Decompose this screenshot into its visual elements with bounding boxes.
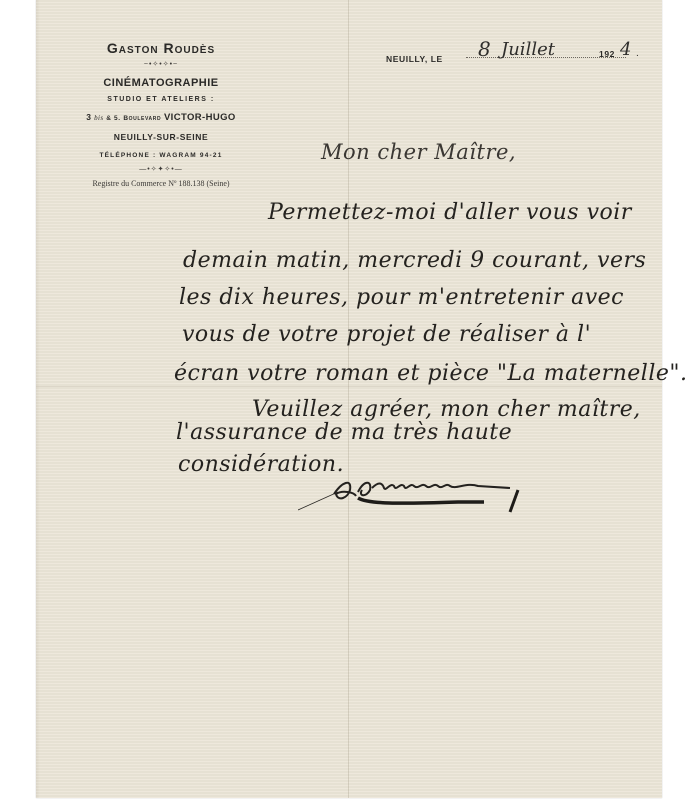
dateline-label: NEUILLY, LE xyxy=(386,54,443,64)
salutation: Mon cher Maître, xyxy=(321,140,516,164)
letter-line: demain matin, mercredi 9 courant, vers xyxy=(183,248,646,273)
address-bis: bis xyxy=(94,114,103,122)
address-street-prefix: Boulevard xyxy=(123,115,161,122)
address-amp: & 5. xyxy=(106,115,120,122)
company-name: Gaston Roudès xyxy=(66,40,256,56)
horizontal-fold-line xyxy=(36,386,662,387)
letter-line: Permettez-moi d'aller vous voir xyxy=(268,200,632,225)
company-phone: TÉLÉPHONE : WAGRAM 94-21 xyxy=(66,152,256,159)
company-address: 3 bis & 5. Boulevard VICTOR-HUGO xyxy=(66,112,256,123)
date-year-prefix: 192 xyxy=(599,49,615,59)
date-year-suffix: 4 xyxy=(620,39,631,60)
signature-icon xyxy=(298,468,558,528)
address-street: VICTOR-HUGO xyxy=(164,112,236,123)
letterhead: Gaston Roudès ~•✧•✧•~ CINÉMATOGRAPHIE ST… xyxy=(66,40,256,188)
letter-line: écran votre roman et pièce "La maternell… xyxy=(174,361,688,386)
company-trade: CINÉMATOGRAPHIE xyxy=(66,77,256,89)
address-number: 3 xyxy=(86,112,91,122)
letter-line: vous de votre projet de réaliser à l' xyxy=(182,322,591,347)
letter-line: Veuillez agréer, mon cher maître, xyxy=(252,397,641,422)
letter-line: les dix heures, pour m'entretenir avec xyxy=(179,285,624,310)
date-period: . xyxy=(636,48,639,59)
ornament-divider-icon: ~•✧•✧•~ xyxy=(66,60,256,68)
date-day: 8 xyxy=(478,37,491,61)
company-subtitle: STUDIO ET ATELIERS : xyxy=(66,96,256,103)
ornament-divider-bottom-icon: —•✧✦✧•— xyxy=(66,165,256,173)
company-city: NEUILLY-SUR-SEINE xyxy=(66,132,256,142)
company-register: Registre du Commerce Nº 188.138 (Seine) xyxy=(66,179,256,188)
date-month: Juillet xyxy=(501,39,555,60)
letter-paper: Gaston Roudès ~•✧•✧•~ CINÉMATOGRAPHIE ST… xyxy=(36,0,662,798)
letter-line: l'assurance de ma très haute xyxy=(176,420,512,445)
dateline: NEUILLY, LE 8 Juillet 192 4 . xyxy=(386,49,646,67)
